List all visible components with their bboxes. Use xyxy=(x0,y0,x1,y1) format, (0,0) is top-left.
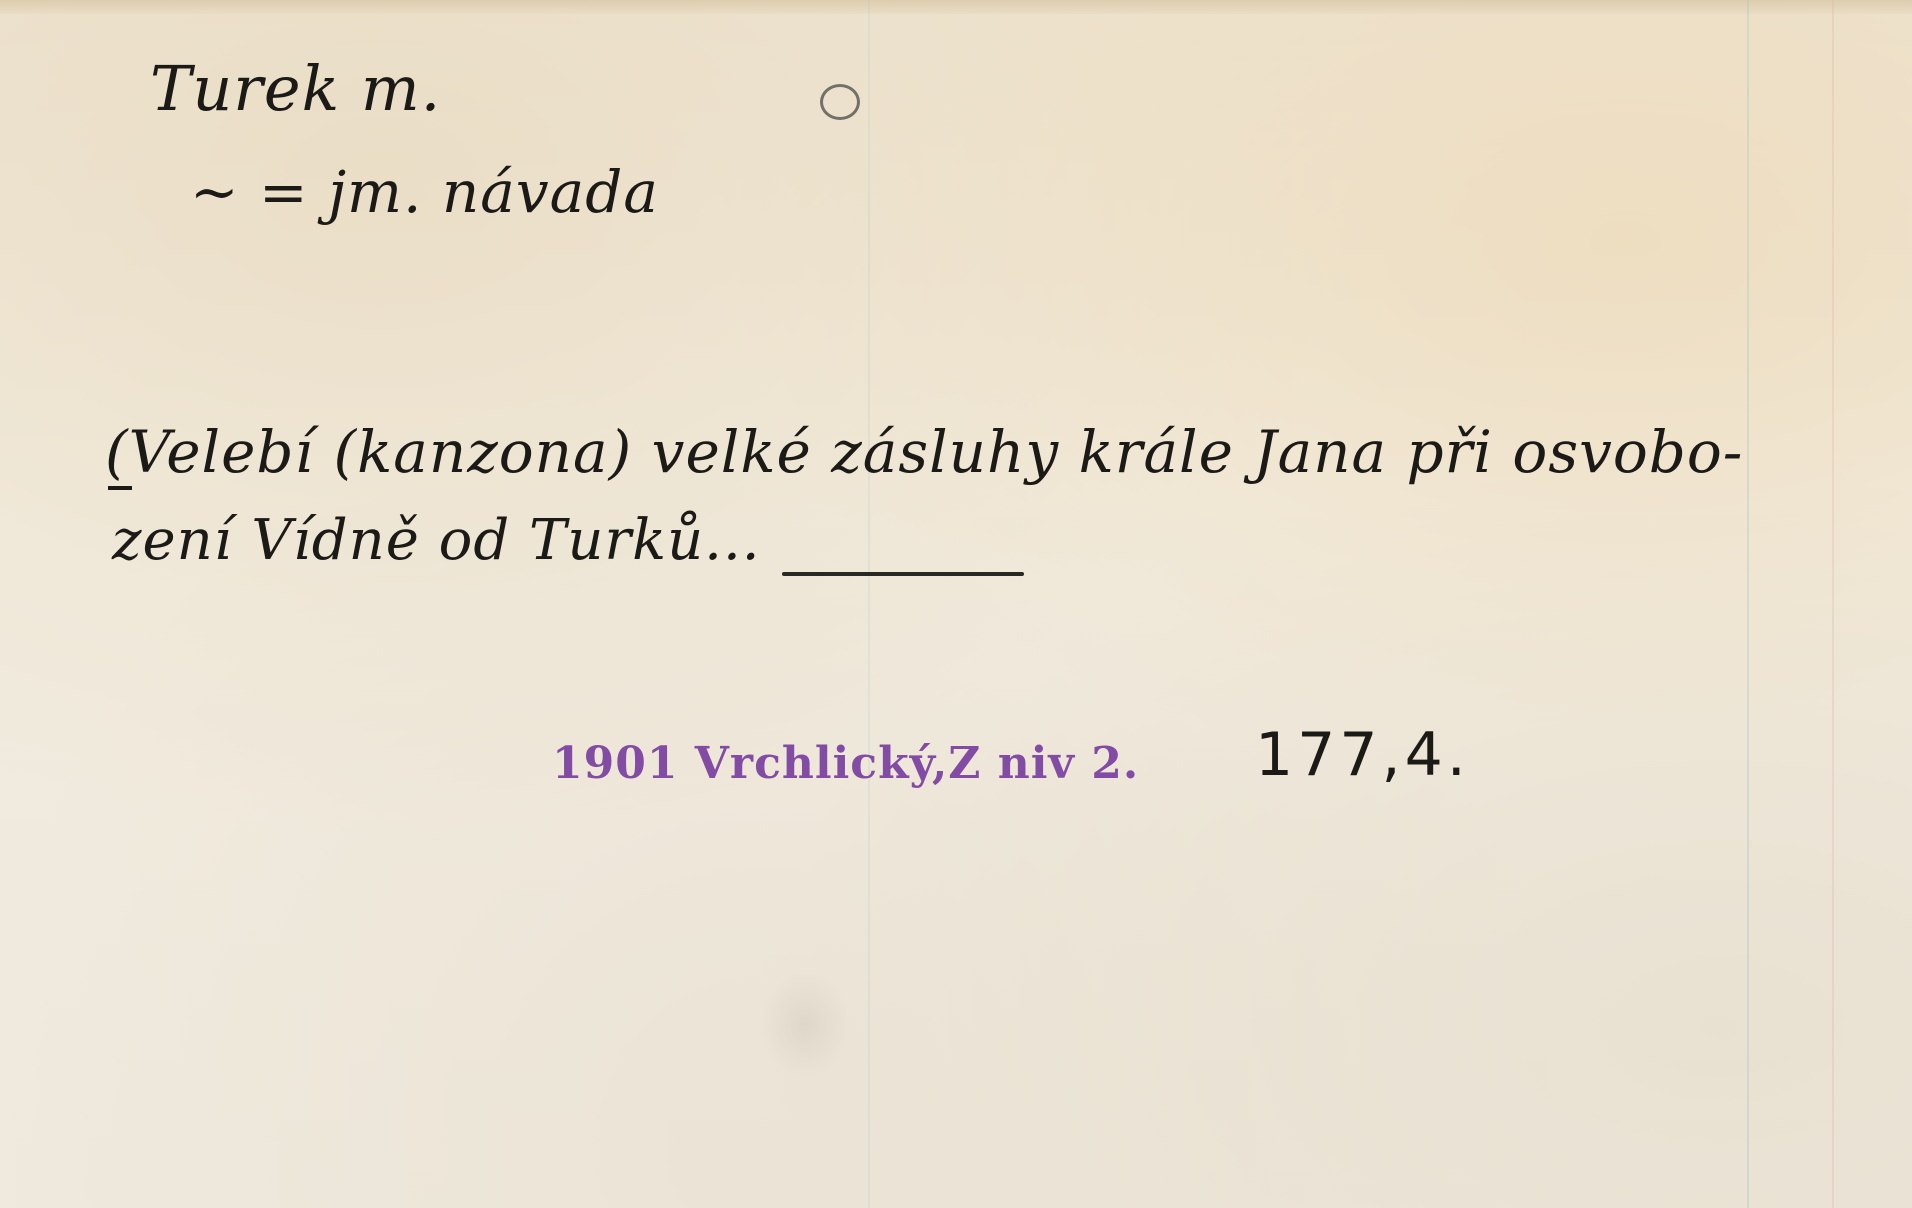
bracket-underline-mark xyxy=(108,486,132,490)
body-text-line-2: zení Vídně od Turků... xyxy=(112,508,761,573)
headword: Turek m. xyxy=(150,52,441,125)
fingerprint-smudge xyxy=(760,970,850,1080)
card-top-edge xyxy=(0,0,1912,14)
ruled-line-faint xyxy=(868,0,870,1208)
definition: ~ = jm. návada xyxy=(190,158,659,226)
source-stamp: 1901 Vrchlický,Z niv 2. xyxy=(552,738,1139,789)
ruled-line-red xyxy=(1832,0,1834,1208)
ruled-line-blue xyxy=(1747,0,1749,1208)
body-text-line-1: (Velebí (kanzona) velké zásluhy krále Ja… xyxy=(105,418,1743,486)
page-reference: 177,4. xyxy=(1255,720,1470,790)
circle-mark-icon xyxy=(820,84,860,120)
turku-underline xyxy=(782,572,1024,576)
index-card: Turek m. ~ = jm. návada (Velebí (kanzona… xyxy=(0,0,1912,1208)
